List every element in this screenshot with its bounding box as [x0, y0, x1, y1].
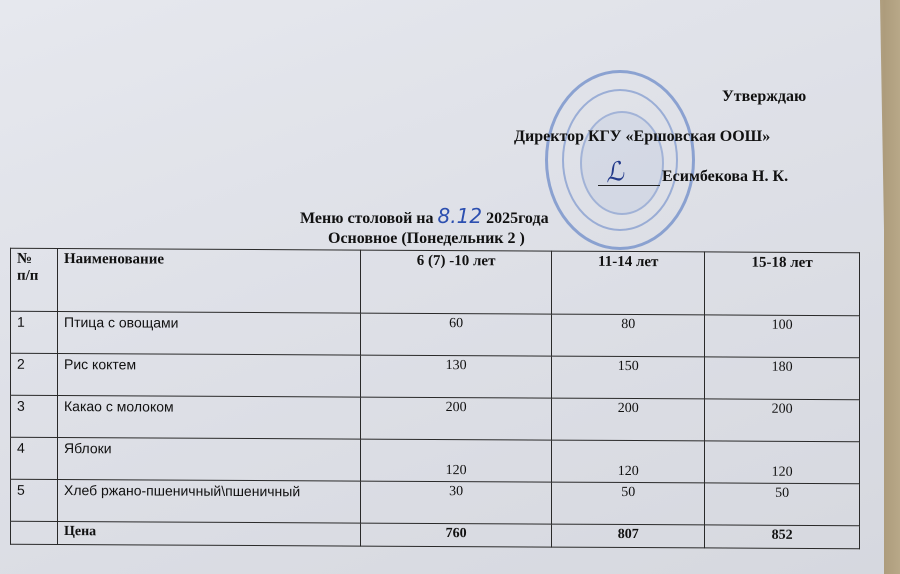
row-value: 180	[705, 357, 860, 400]
approval-heading: Утверждаю	[722, 88, 806, 106]
header-age-15-18: 15-18 лет	[705, 252, 860, 316]
row-number: 4	[11, 437, 58, 479]
table-row: 4 Яблоки 120 120 120	[11, 437, 860, 483]
row-number: 1	[11, 311, 58, 353]
approval-director: Директор КГУ «Ершовская ООШ»	[514, 128, 770, 146]
row-value: 130	[361, 355, 552, 398]
row-value: 120	[361, 439, 552, 482]
title-suffix: 2025года	[486, 210, 549, 227]
price-number-empty	[11, 521, 58, 544]
menu-subtitle: Основное (Понедельник 2 )	[328, 230, 525, 248]
row-value: 100	[705, 315, 860, 358]
row-value: 50	[705, 483, 860, 526]
row-number: 3	[11, 395, 58, 437]
row-name: Какао с молоком	[58, 396, 361, 440]
row-value: 30	[361, 481, 552, 524]
row-value: 200	[705, 399, 860, 442]
header-age-11-14: 11-14 лет	[552, 251, 705, 315]
row-value: 80	[552, 314, 705, 357]
row-value: 200	[552, 398, 705, 441]
table-row: 5 Хлеб ржано-пшеничный\пшеничный 30 50 5…	[11, 479, 860, 525]
price-value: 760	[361, 523, 552, 547]
table-header-row: №п/п Наименование 6 (7) -10 лет 11-14 ле…	[11, 248, 860, 315]
handwritten-date: 8.12	[438, 204, 483, 228]
row-number: 2	[11, 353, 58, 395]
menu-table: №п/п Наименование 6 (7) -10 лет 11-14 ле…	[10, 248, 860, 549]
header-name: Наименование	[58, 249, 361, 314]
row-value: 150	[552, 356, 705, 399]
price-value: 852	[705, 525, 860, 549]
price-label: Цена	[58, 522, 361, 547]
row-name: Хлеб ржано-пшеничный\пшеничный	[58, 480, 361, 524]
table-row: 2 Рис коктем 130 150 180	[11, 353, 860, 399]
price-row: Цена 760 807 852	[11, 521, 860, 548]
title-prefix: Меню столовой на	[300, 210, 434, 227]
row-value: 120	[705, 441, 860, 484]
row-value: 120	[552, 440, 705, 483]
page-title: Меню столовой на 8.12 2025года	[300, 204, 549, 228]
row-number: 5	[11, 479, 58, 521]
approval-name: Есимбекова Н. К.	[662, 168, 788, 186]
header-number: №п/п	[11, 248, 58, 311]
row-name: Рис коктем	[58, 354, 361, 398]
row-value: 60	[361, 313, 552, 356]
row-value: 50	[552, 482, 705, 525]
table-row: 1 Птица с овощами 60 80 100	[11, 311, 860, 357]
price-value: 807	[552, 524, 705, 548]
row-value: 200	[361, 397, 552, 440]
row-name: Птица с овощами	[58, 312, 361, 356]
table-row: 3 Какао с молоком 200 200 200	[11, 395, 860, 441]
row-name: Яблоки	[58, 438, 361, 482]
header-age-6-10: 6 (7) -10 лет	[361, 250, 552, 314]
